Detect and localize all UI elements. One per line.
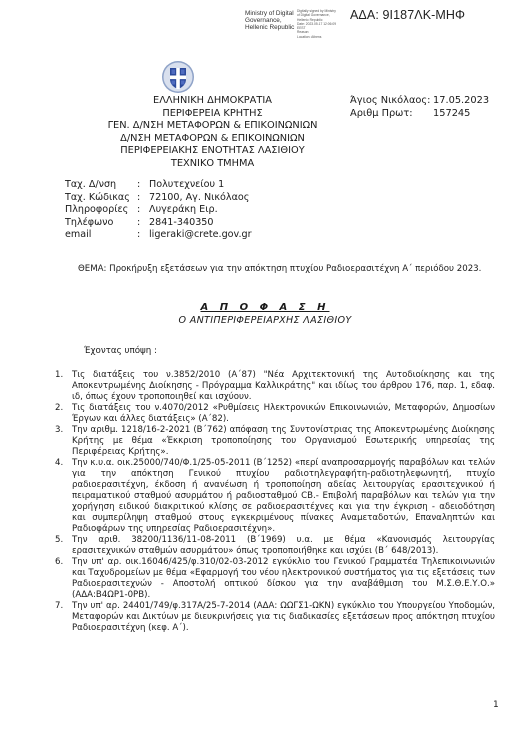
document-date: 17.05.2023 bbox=[433, 95, 489, 108]
item-number: 6. bbox=[55, 557, 72, 601]
contact-value: 72100, Αγ. Νικόλαος bbox=[149, 192, 249, 205]
item-text: Τις διατάξεις του ν.3852/2010 (Α΄87) "Νέ… bbox=[72, 370, 495, 403]
signer-line: Governance, bbox=[245, 17, 294, 24]
item-number: 1. bbox=[55, 370, 72, 403]
contact-label: Ταχ. Κώδικας bbox=[65, 192, 137, 205]
page-number: 1 bbox=[493, 700, 499, 710]
authority-line: Δ/ΝΣΗ ΜΕΤΑΦΟΡΩΝ & ΕΠΙΚΟΙΝΩΝΙΩΝ bbox=[60, 133, 365, 146]
list-item: 5. Την αριθ. 38200/1136/11-08-2011 (Β΄19… bbox=[55, 535, 495, 557]
authority-line: ΤΕΧΝΙΚΟ ΤΜΗΜΑ bbox=[60, 158, 365, 171]
digital-signature-details: Digitally signed by Ministry of Digital … bbox=[297, 9, 336, 39]
contact-row-phone: Τηλέφωνο : 2841-340350 bbox=[65, 217, 252, 230]
list-item: 4. Την κ.υ.α. οικ.25000/740/Φ.1/25-05-20… bbox=[55, 458, 495, 535]
signer-line: Hellenic Republic bbox=[245, 24, 294, 31]
list-item: 1. Τις διατάξεις του ν.3852/2010 (Α΄87) … bbox=[55, 370, 495, 403]
item-number: 5. bbox=[55, 535, 72, 557]
contact-info: Ταχ. Δ/νση : Πολυτεχνείου 1 Ταχ. Κώδικας… bbox=[65, 179, 252, 242]
contact-separator: : bbox=[137, 179, 149, 192]
item-number: 3. bbox=[55, 425, 72, 458]
greek-coat-of-arms-icon bbox=[161, 60, 195, 94]
contact-label: Πληροφορίες bbox=[65, 204, 137, 217]
contact-value: 2841-340350 bbox=[149, 217, 214, 230]
signer-line: Ministry of Digital bbox=[245, 10, 294, 17]
list-item: 6. Την υπ' αρ. οικ.16046/425/φ.310/02-03… bbox=[55, 557, 495, 601]
contact-label: Τηλέφωνο bbox=[65, 217, 137, 230]
item-text: Την αριθ. 38200/1136/11-08-2011 (Β΄1969)… bbox=[72, 535, 495, 557]
item-number: 7. bbox=[55, 601, 72, 634]
authority-header: ΕΛΛΗΝΙΚΗ ΔΗΜΟΚΡΑΤΙΑ ΠΕΡΙΦΕΡΕΙΑ ΚΡΗΤΗΣ ΓΕ… bbox=[60, 95, 365, 171]
contact-row-postal-code: Ταχ. Κώδικας : 72100, Αγ. Νικόλαος bbox=[65, 192, 252, 205]
legal-references-list: 1. Τις διατάξεις του ν.3852/2010 (Α΄87) … bbox=[55, 370, 495, 634]
list-item: 2. Τις διατάξεις του ν.4070/2012 «Ρυθμίσ… bbox=[55, 403, 495, 425]
item-text: Την υπ' αρ. 24401/749/φ.317Α/25-7-2014 (… bbox=[72, 601, 495, 634]
protocol-row: Αριθμ Πρωτ: 157245 bbox=[350, 108, 489, 121]
signature-detail-line: Location: Athens bbox=[297, 35, 336, 39]
protocol-label: Αριθμ Πρωτ: bbox=[350, 108, 433, 121]
authority-line: ΕΛΛΗΝΙΚΗ ΔΗΜΟΚΡΑΤΙΑ bbox=[60, 95, 365, 108]
document-subject: ΘΕΜΑ: Προκήρυξη εξετάσεων για την απόκτη… bbox=[78, 264, 481, 274]
decision-title: Α Π Ο Φ Α Σ Η bbox=[0, 302, 530, 313]
authority-line: ΓΕΝ. Δ/ΝΣΗ ΜΕΤΑΦΟΡΩΝ & ΕΠΙΚΟΙΝΩΝΙΩΝ bbox=[60, 120, 365, 133]
contact-label: Ταχ. Δ/νση bbox=[65, 179, 137, 192]
contact-separator: : bbox=[137, 217, 149, 230]
decision-authority: Ο ΑΝΤΙΠΕΡΙΦΕΡΕΙΑΡΧΗΣ ΛΑΣΙΘΙΟΥ bbox=[0, 315, 530, 326]
list-item: 3. Την αριθμ. 1218/16-2-2021 (Β΄762) από… bbox=[55, 425, 495, 458]
date-protocol-block: Άγιος Νικόλαος: 17.05.2023 Αριθμ Πρωτ: 1… bbox=[350, 95, 489, 120]
item-number: 2. bbox=[55, 403, 72, 425]
contact-value: Πολυτεχνείου 1 bbox=[149, 179, 224, 192]
list-item: 7. Την υπ' αρ. 24401/749/φ.317Α/25-7-201… bbox=[55, 601, 495, 634]
protocol-number: 157245 bbox=[433, 108, 470, 121]
considering-heading: Έχοντας υπόψη : bbox=[84, 346, 157, 356]
date-row: Άγιος Νικόλαος: 17.05.2023 bbox=[350, 95, 489, 108]
ada-code: ΑΔΑ: 9Ι187ΛΚ-ΜΗΦ bbox=[350, 8, 465, 22]
item-text: Τις διατάξεις του ν.4070/2012 «Ρυθμίσεις… bbox=[72, 403, 495, 425]
authority-line: ΠΕΡΙΦΕΡΕΙΑΚΗΣ ΕΝΟΤΗΤΑΣ ΛΑΣΙΘΙΟΥ bbox=[60, 145, 365, 158]
item-text: Την κ.υ.α. οικ.25000/740/Φ.1/25-05-2011 … bbox=[72, 458, 495, 535]
contact-row-email: email : ligeraki@crete.gov.gr bbox=[65, 229, 252, 242]
contact-separator: : bbox=[137, 229, 149, 242]
contact-row-information: Πληροφορίες : Λυγεράκη Ειρ. bbox=[65, 204, 252, 217]
contact-email: ligeraki@crete.gov.gr bbox=[149, 229, 252, 242]
place-label: Άγιος Νικόλαος: bbox=[350, 95, 433, 108]
contact-separator: : bbox=[137, 204, 149, 217]
contact-label: email bbox=[65, 229, 137, 242]
item-number: 4. bbox=[55, 458, 72, 535]
contact-separator: : bbox=[137, 192, 149, 205]
item-text: Την υπ' αρ. οικ.16046/425/φ.310/02-03-20… bbox=[72, 557, 495, 601]
digital-signature-signer: Ministry of Digital Governance, Hellenic… bbox=[245, 10, 294, 32]
authority-line: ΠΕΡΙΦΕΡΕΙΑ ΚΡΗΤΗΣ bbox=[60, 108, 365, 121]
contact-row-address: Ταχ. Δ/νση : Πολυτεχνείου 1 bbox=[65, 179, 252, 192]
item-text: Την αριθμ. 1218/16-2-2021 (Β΄762) απόφασ… bbox=[72, 425, 495, 458]
contact-value: Λυγεράκη Ειρ. bbox=[149, 204, 218, 217]
